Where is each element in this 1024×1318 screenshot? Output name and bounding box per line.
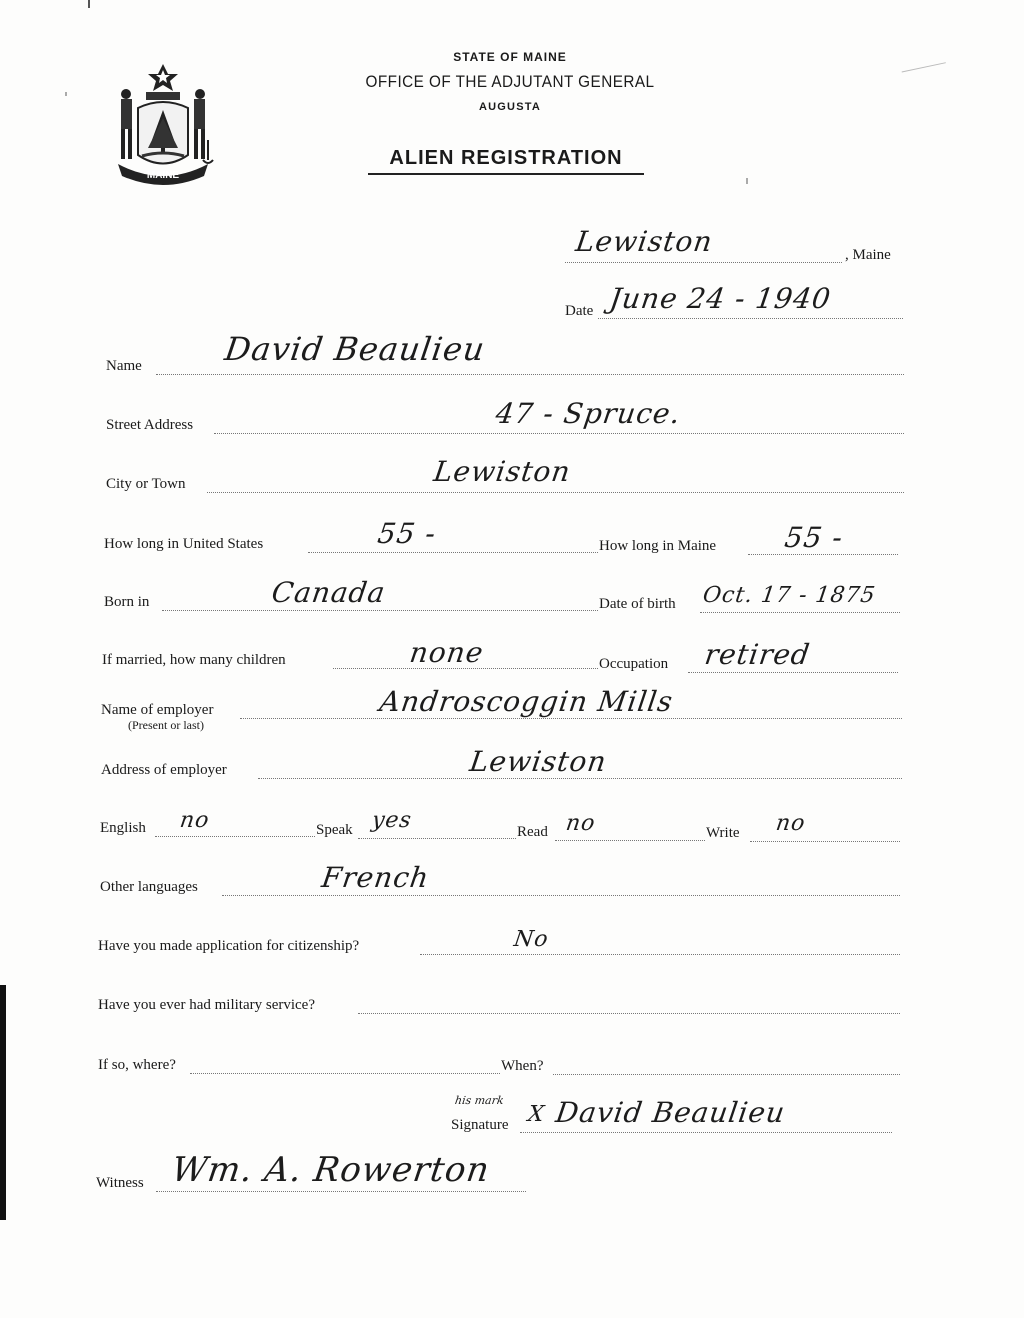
employer-name-sublabel: (Present or last) [128,718,204,733]
how-long-us-value[interactable]: 55 - [376,517,439,550]
occupation-line [688,672,898,673]
speak-line [358,838,516,839]
street-address-label: Street Address [106,417,193,434]
form-title: ALIEN REGISTRATION [368,147,644,175]
read-value[interactable]: no [564,811,597,836]
how-long-us-line [308,552,598,553]
other-languages-label: Other languages [100,879,198,896]
employer-address-value[interactable]: Lewiston [468,745,609,778]
header-office: OFFICE OF THE ADJUTANT GENERAL [321,72,699,92]
employer-address-label: Address of employer [101,762,227,779]
employer-name-value[interactable]: Androscoggin Mills [378,685,676,718]
location-state-label: , Maine [845,247,891,264]
date-line [598,318,903,319]
speak-label: Speak [316,822,353,839]
svg-text:MAINE: MAINE [147,170,180,181]
occupation-value[interactable]: retired [703,638,813,671]
witness-line [156,1191,526,1192]
header-city: AUGUSTA [300,101,720,113]
street-address-line [214,433,904,434]
citizenship-label: Have you made application for citizenshi… [98,938,359,955]
occupation-label: Occupation [599,656,668,673]
employer-address-line [258,778,902,779]
name-line [156,374,904,375]
born-in-value[interactable]: Canada [270,576,388,609]
children-label: If married, how many children [102,652,286,669]
location-city-value[interactable]: Lewiston [574,225,715,258]
witness-label: Witness [96,1175,144,1192]
signature-value[interactable]: David Beaulieu [554,1096,788,1129]
where-line [190,1073,500,1074]
pencil-mark [899,50,946,72]
date-of-birth-label: Date of birth [599,596,676,613]
when-line [553,1074,900,1075]
speak-value[interactable]: yes [370,808,413,833]
scan-edge-shadow [0,985,6,1220]
scan-speck [746,178,748,184]
military-label: Have you ever had military service? [98,997,315,1014]
read-label: Read [517,824,548,841]
city-value[interactable]: Lewiston [432,455,573,488]
signature-label: Signature [451,1117,509,1134]
maine-state-seal-icon: MAINE [108,60,218,188]
name-label: Name [106,358,142,375]
how-long-maine-label: How long in Maine [599,538,716,555]
scan-speck [65,92,67,96]
when-label: When? [501,1058,543,1075]
where-label: If so, where? [98,1057,176,1074]
date-of-birth-line [700,612,900,613]
city-line [207,492,904,493]
employer-name-line [240,718,902,719]
other-languages-line [222,895,900,896]
city-label: City or Town [106,476,186,493]
children-value[interactable]: none [408,636,486,669]
signature-line [520,1132,892,1133]
date-value[interactable]: June 24 - 1940 [608,282,834,315]
english-line [155,836,315,837]
date-label: Date [565,303,593,320]
english-value[interactable]: no [178,808,211,833]
citizenship-line [420,954,900,955]
date-of-birth-value[interactable]: Oct. 17 - 1875 [701,583,877,608]
other-languages-value[interactable]: French [320,861,432,894]
witness-value[interactable]: Wm. A. Rowerton [169,1150,492,1190]
signature-mark[interactable]: X [526,1102,546,1127]
name-value[interactable]: David Beaulieu [222,330,487,368]
header-state: STATE OF MAINE [300,50,720,64]
location-line [565,262,842,263]
write-value[interactable]: no [774,811,807,836]
citizenship-value[interactable]: No [512,927,550,952]
scan-mark [88,0,90,8]
how-long-maine-line [748,554,898,555]
born-in-line [162,610,598,611]
how-long-us-label: How long in United States [104,536,263,553]
employer-name-label: Name of employer [101,702,213,719]
signature-mark-note: his mark [454,1094,504,1107]
read-line [555,840,705,841]
write-label: Write [706,825,740,842]
born-in-label: Born in [104,594,149,611]
english-label: English [100,820,146,837]
street-address-value[interactable]: 47 - Spruce. [494,397,683,430]
how-long-maine-value[interactable]: 55 - [783,521,846,554]
military-line [358,1013,900,1014]
write-line [750,841,900,842]
